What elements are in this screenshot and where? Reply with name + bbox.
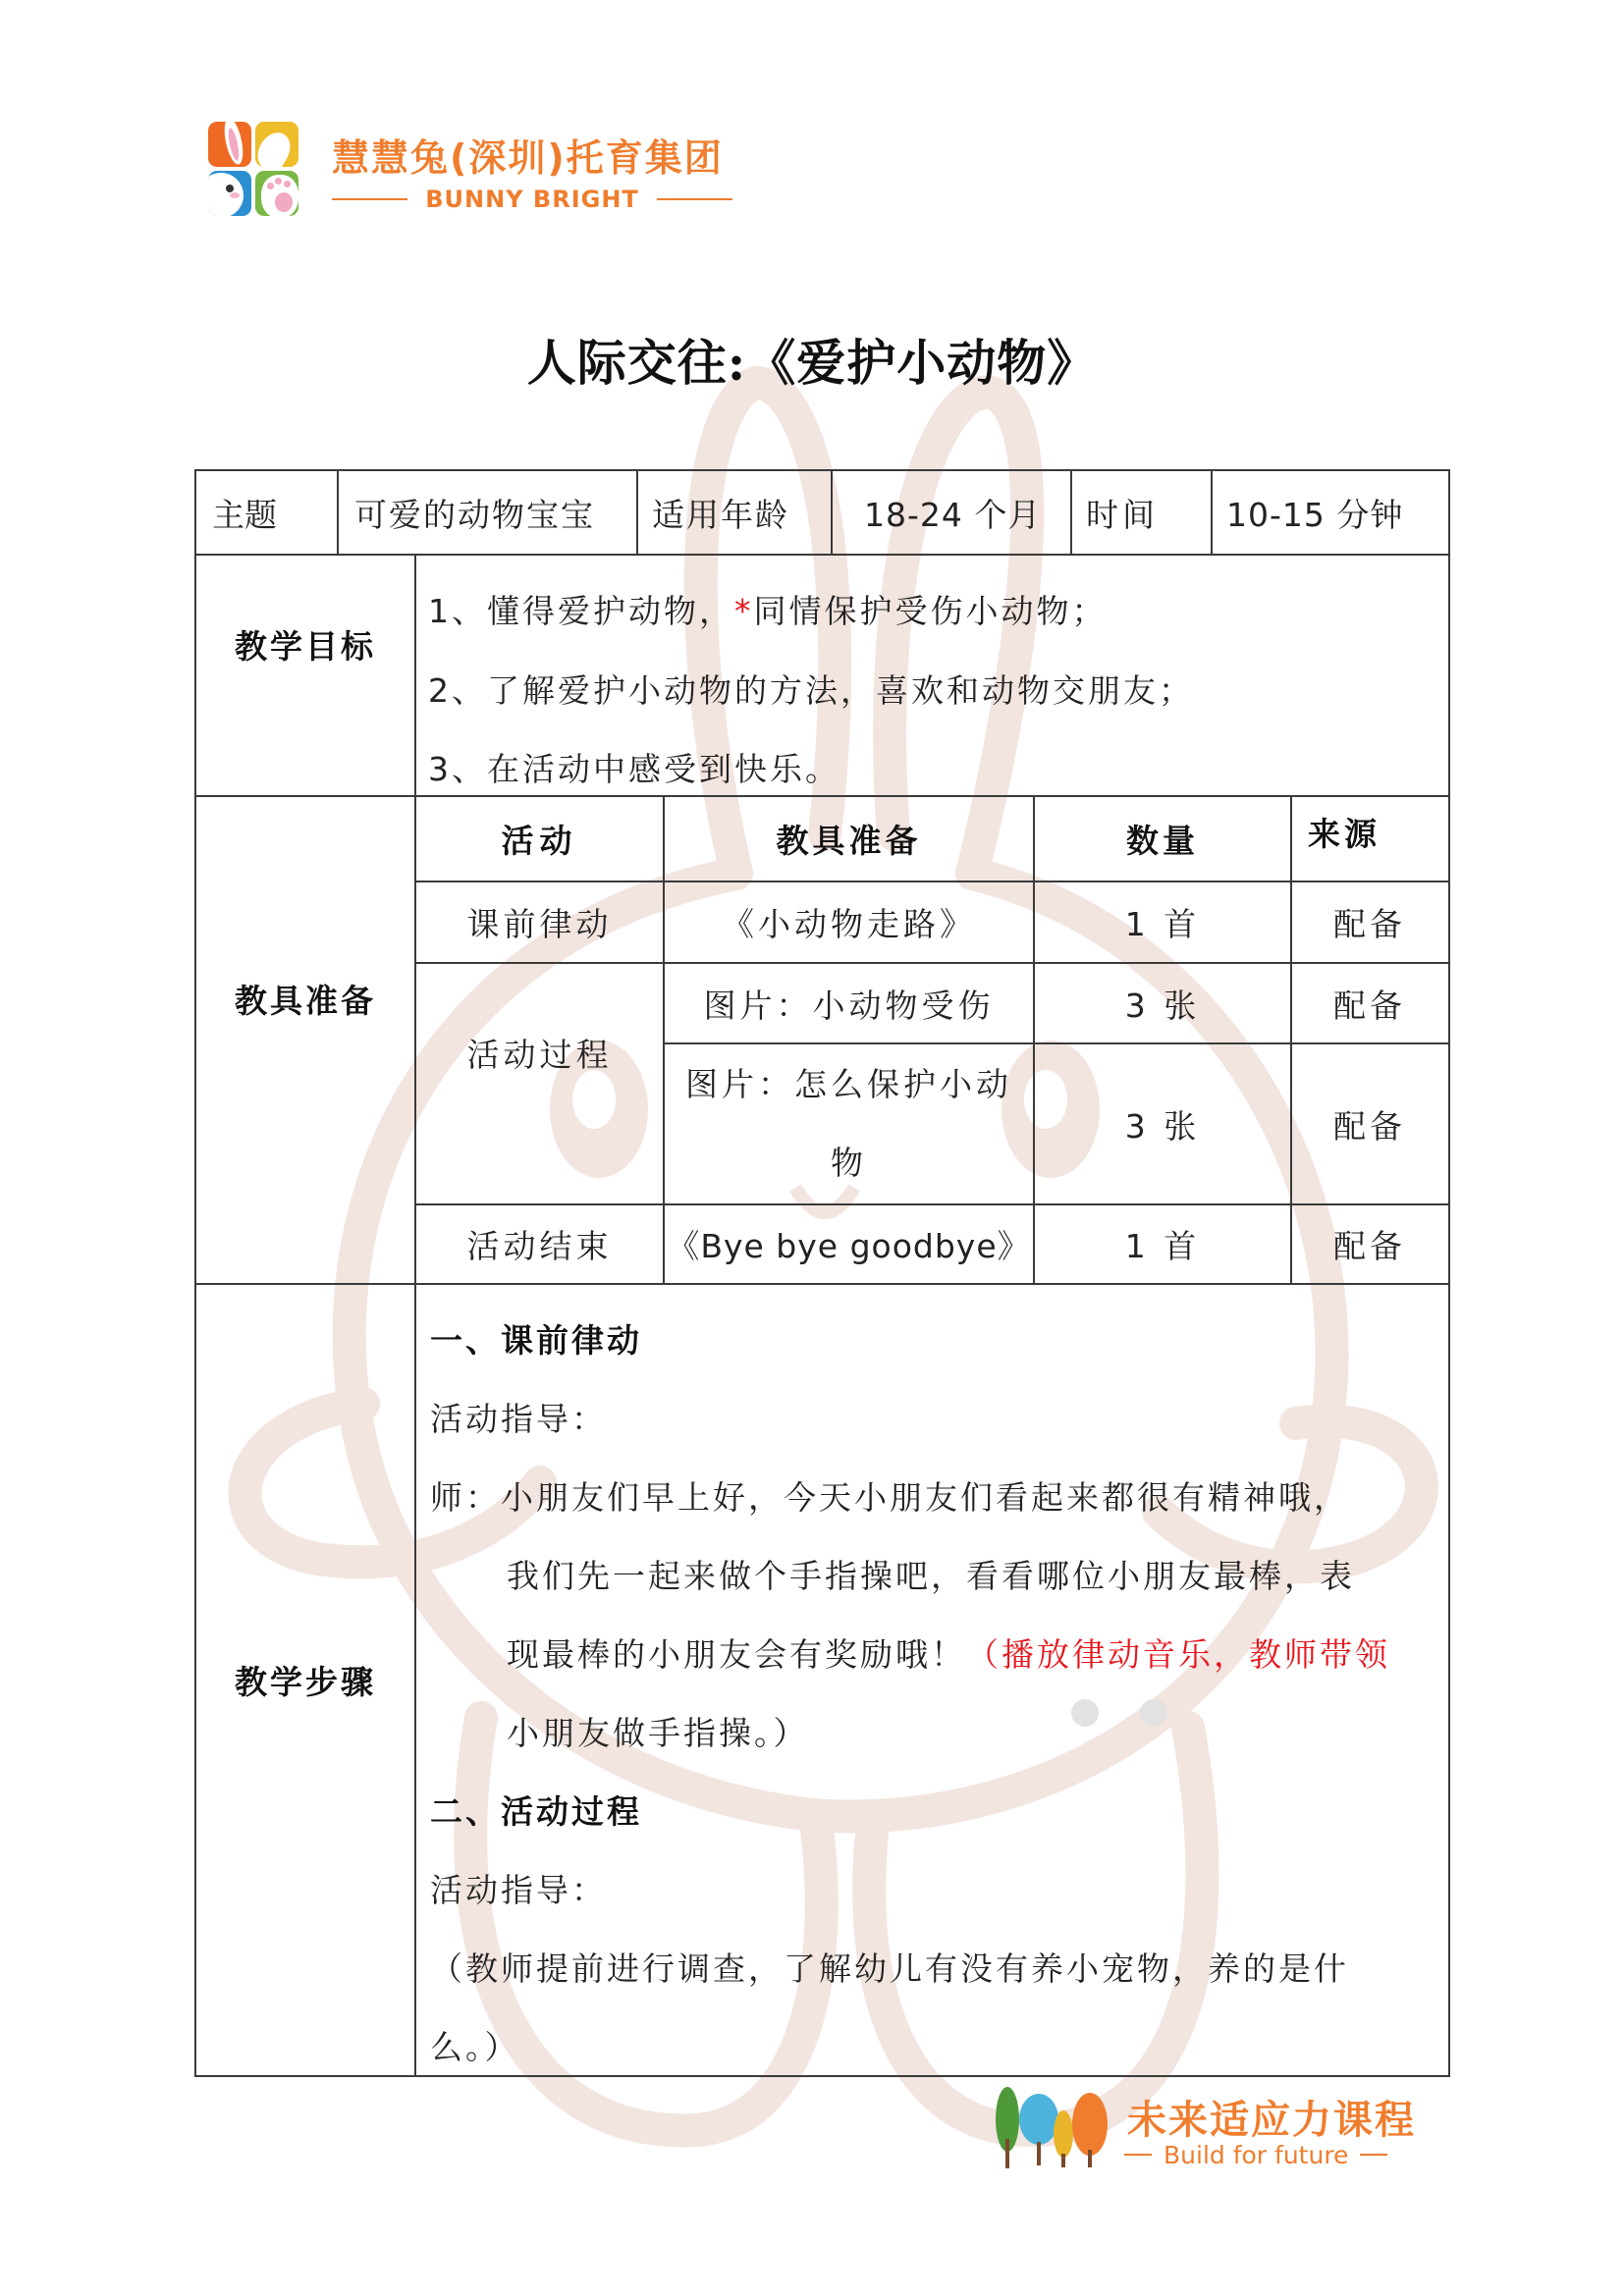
material-text: 图片：怎么保护小动 <box>685 1045 1012 1124</box>
quantity-cell: 3 张 <box>1035 1044 1290 1203</box>
theme-label: 主题 <box>196 471 337 554</box>
objective-item: 3、在活动中感受到快乐。 <box>428 744 840 790</box>
step-text-red: 么。） <box>430 2022 520 2068</box>
steps-label: 教学步骤 <box>196 1285 414 2075</box>
step-text: 我们先一起来做个手指操吧，看看哪位小朋友最棒，表 <box>507 1551 1355 1597</box>
activity-cell: 活动结束 <box>416 1205 663 1283</box>
material-cell: 《小动物走路》 <box>665 882 1033 962</box>
brand-name-cn: 慧慧兔(深圳)托育集团 <box>332 128 724 182</box>
section-heading: 一、课前律动 <box>430 1315 642 1362</box>
divider <box>1124 2154 1152 2156</box>
material-cell: 《Bye bye goodbye》 <box>665 1205 1033 1283</box>
brand-tagline: BUNNY BRIGHT <box>332 185 732 214</box>
brand-logo-icon <box>208 122 298 218</box>
divider <box>332 198 407 200</box>
col-header-activity: 活动 <box>416 797 663 881</box>
objectives-label: 教学目标 <box>196 556 414 732</box>
material-cell: 图片：小动物受伤 <box>665 964 1033 1042</box>
materials-label: 教具准备 <box>196 797 414 1200</box>
footer-tagline: Build for future <box>1124 2140 1419 2169</box>
material-text: 物 <box>831 1124 867 1202</box>
objective-text: 同情保护受伤小动物； <box>754 592 1108 630</box>
objective-item: 2、了解爱护小动物的方法，喜欢和动物交朋友； <box>428 666 1194 712</box>
logo-tile-blue <box>208 171 251 216</box>
source-cell: 配备 <box>1292 964 1448 1042</box>
step-text: 师：小朋友们早上好，今天小朋友们看起来都很有精神哦， <box>430 1472 1349 1519</box>
source-cell: 配备 <box>1292 882 1448 962</box>
step-text-red: （播放律动音乐，教师带领 <box>966 1635 1390 1674</box>
col-header-quantity: 数量 <box>1035 797 1290 881</box>
source-cell: 配备 <box>1292 1044 1448 1203</box>
age-label: 适用年龄 <box>638 471 831 554</box>
future-trees-logo-icon <box>992 2085 1110 2173</box>
footer-brand-cn: 未来适应力课程 <box>1127 2089 1416 2145</box>
logo-tile-orange <box>208 122 251 167</box>
col-header-materials: 教具准备 <box>665 797 1033 881</box>
section-heading: 二、活动过程 <box>430 1787 642 1833</box>
guide-label: 活动指导： <box>430 1394 607 1440</box>
source-cell: 配备 <box>1292 1205 1448 1283</box>
quantity-cell: 3 张 <box>1035 964 1290 1042</box>
document-title: 人际交往:《爱护小动物》 <box>0 324 1624 395</box>
theme-value: 可爱的动物宝宝 <box>339 471 636 554</box>
activity-cell: 课前律动 <box>416 882 663 962</box>
brand-name-en: BUNNY BRIGHT <box>425 186 639 213</box>
logo-tile-yellow <box>255 122 298 167</box>
step-text-red: 小朋友做手指操。） <box>507 1708 809 1754</box>
step-text-black: 现最棒的小朋友会有奖励哦！ <box>507 1635 966 1674</box>
activity-cell: 活动过程 <box>416 964 663 1141</box>
divider <box>1360 2154 1387 2156</box>
material-cell: 图片：怎么保护小动 物 <box>665 1044 1033 1203</box>
quantity-cell: 1 首 <box>1035 882 1290 962</box>
objective-item: 1、懂得爱护动物，*同情保护受伤小动物； <box>428 586 1108 632</box>
age-value: 18-24 个月 <box>833 471 1070 554</box>
step-text: 现最棒的小朋友会有奖励哦！（播放律动音乐，教师带领 <box>507 1629 1390 1676</box>
star-mark: * <box>734 592 754 630</box>
quantity-cell: 1 首 <box>1035 1205 1290 1283</box>
logo-tile-green <box>255 171 298 216</box>
objective-text: 1、懂得爱护动物， <box>428 592 734 630</box>
time-label: 时间 <box>1072 471 1211 554</box>
col-header-source: 来源 <box>1292 797 1448 866</box>
step-text-red: （教师提前进行调查，了解幼儿有没有养小宠物，养的是什 <box>430 1944 1349 1990</box>
time-value: 10-15 分钟 <box>1213 471 1448 554</box>
divider <box>657 198 732 200</box>
footer-brand-en: Build for future <box>1164 2141 1348 2169</box>
guide-label: 活动指导： <box>430 1865 607 1911</box>
